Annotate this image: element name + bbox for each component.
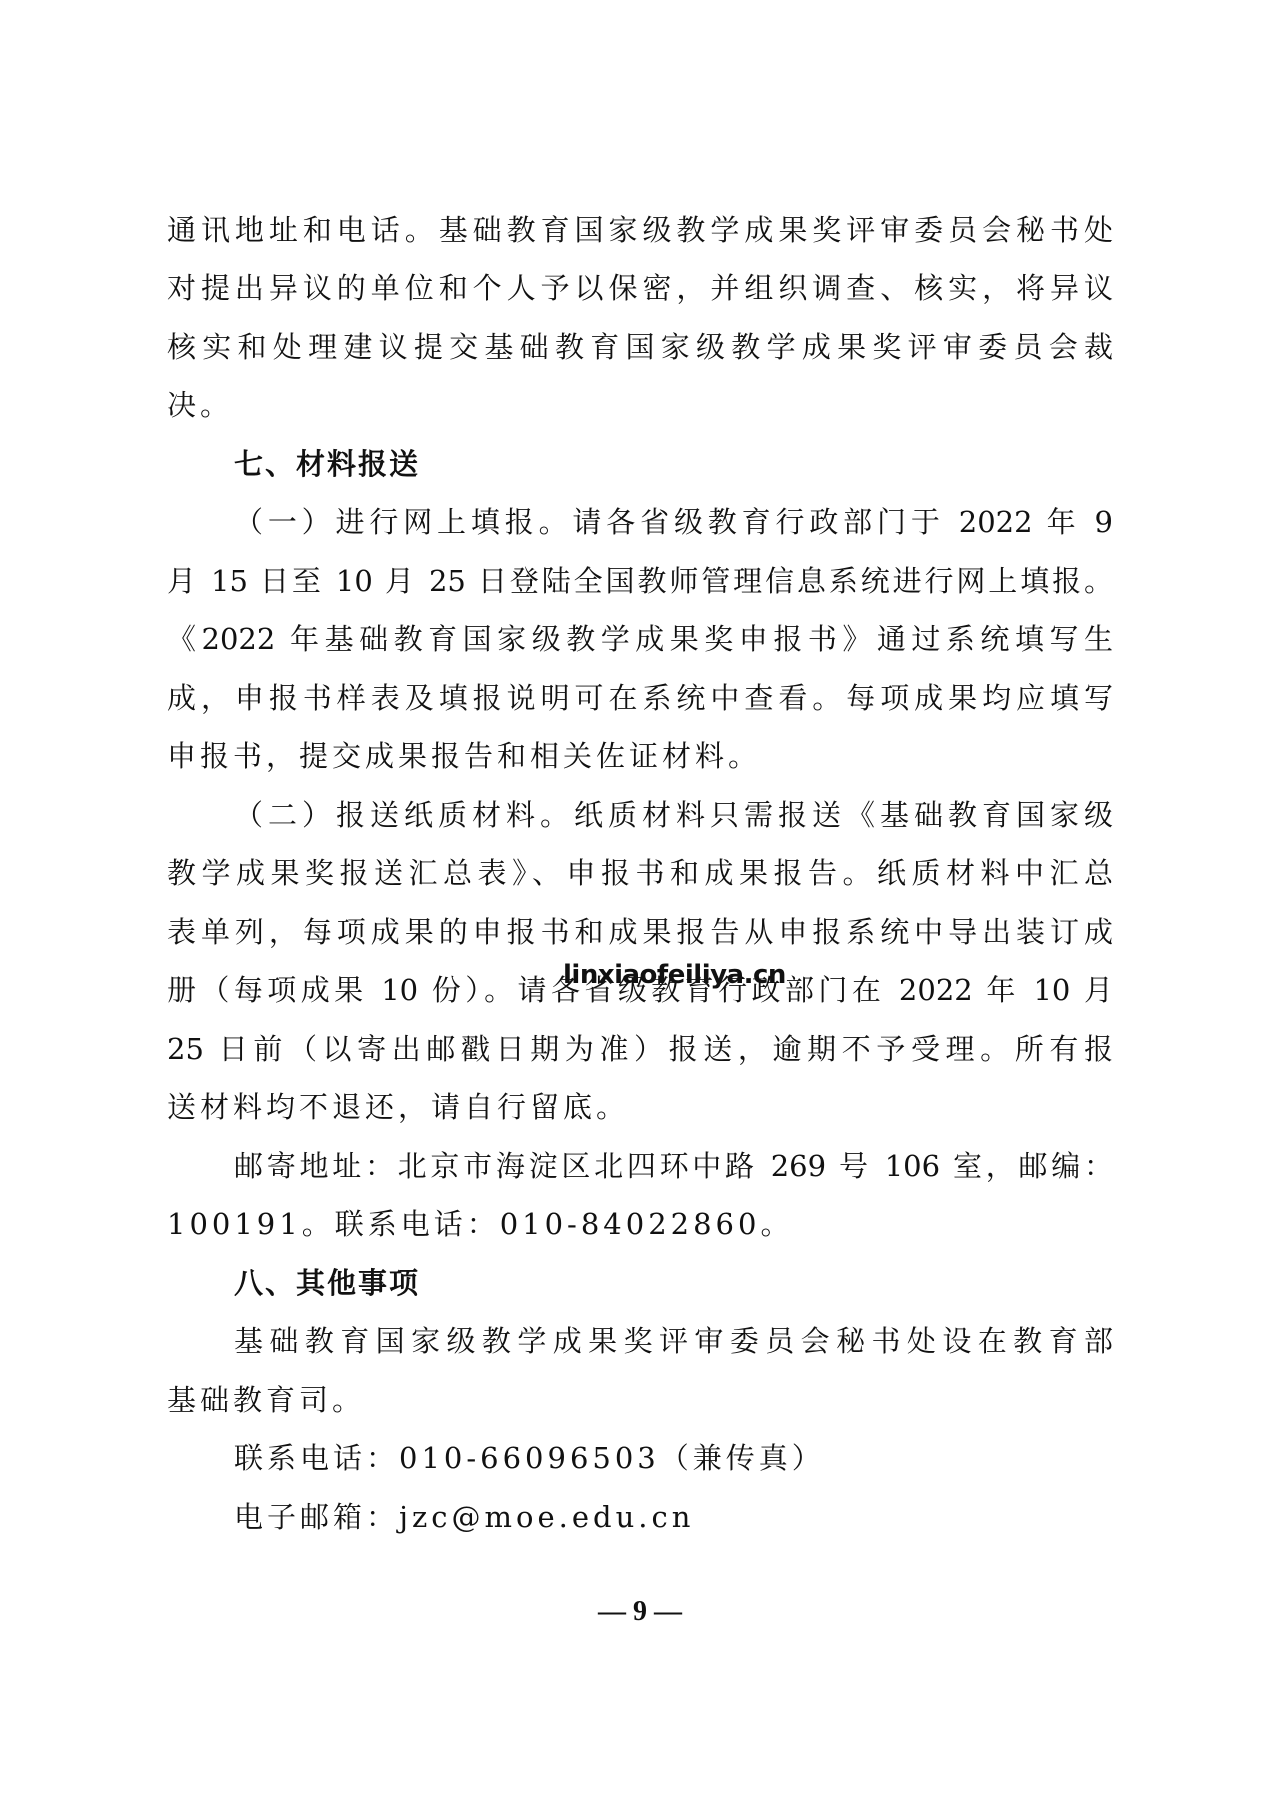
paragraph-line: 教学成果奖报送汇总表》、申报书和成果报告。纸质材料中汇总 [167,853,1113,893]
paragraph-line: 送材料均不退还，请自行留底。 [167,1087,1113,1127]
paragraph-line: 申报书，提交成果报告和相关佐证材料。 [167,736,1113,776]
paragraph-line: 基础教育国家级教学成果奖评审委员会秘书处设在教育部 [234,1321,1113,1361]
paragraph-line: 基础教育司。 [167,1380,1113,1420]
contact-email: 电子邮箱：jzc@moe.edu.cn [234,1497,1113,1537]
paragraph-line: 成，申报书样表及填报说明可在系统中查看。每项成果均应填写 [167,678,1113,718]
document-page: 通讯地址和电话。基础教育国家级教学成果奖评审委员会秘书处 对提出异议的单位和个人… [0,0,1280,1810]
paragraph-line: 通讯地址和电话。基础教育国家级教学成果奖评审委员会秘书处 [167,210,1113,250]
page-number: — 9 — [0,1596,1280,1628]
paragraph-line: 核实和处理建议提交基础教育国家级教学成果奖评审委员会裁 [167,327,1113,367]
mailing-address: 邮寄地址：北京市海淀区北四环中路 269 号 106 室，邮编： [234,1146,1113,1186]
paragraph-line: 月 15 日至 10 月 25 日登陆全国教师管理信息系统进行网上填报。 [167,561,1113,601]
paragraph-line: 决。 [167,385,1113,425]
watermark: linxiaofeiliya.cn [563,960,786,990]
section-heading-materials: 七、材料报送 [234,444,1113,484]
postal-code-and-phone: 100191。联系电话：010-84022860。 [167,1204,1113,1244]
paragraph-line: （二）报送纸质材料。纸质材料只需报送《基础教育国家级 [234,795,1113,835]
paragraph-line: 25 日前（以寄出邮戳日期为准）报送，逾期不予受理。所有报 [167,1029,1113,1069]
paragraph-line: 对提出异议的单位和个人予以保密，并组织调查、核实，将异议 [167,268,1113,308]
paragraph-line: 表单列，每项成果的申报书和成果报告从申报系统中导出装订成 [167,912,1113,952]
paragraph-line: 《2022 年基础教育国家级教学成果奖申报书》通过系统填写生 [167,619,1113,659]
contact-phone: 联系电话：010-66096503（兼传真） [234,1438,1113,1478]
section-heading-other: 八、其他事项 [234,1263,1113,1303]
paragraph-line: （一）进行网上填报。请各省级教育行政部门于 2022 年 9 [234,502,1113,542]
